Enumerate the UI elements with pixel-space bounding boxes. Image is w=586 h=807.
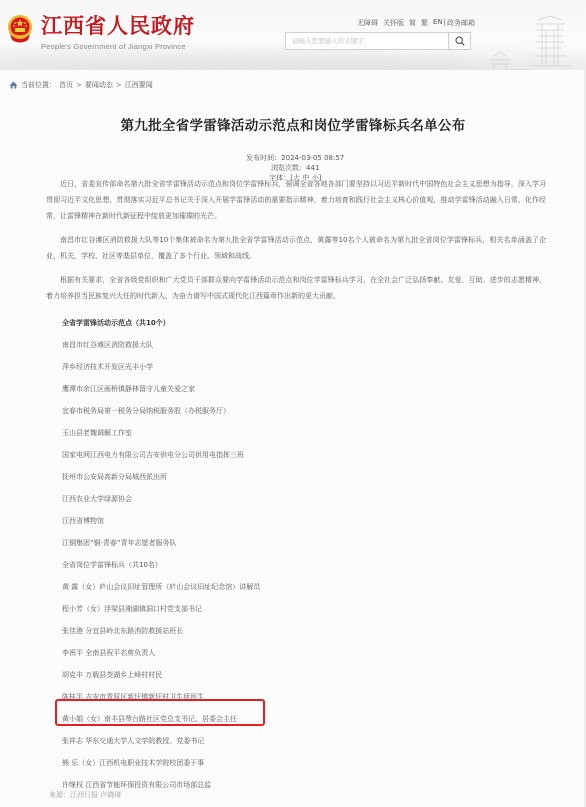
list-item: 张佳港 分宜县岭北东路消防救援站班长 — [46, 620, 546, 642]
publish-time: 发布时间：2024-03-05 08:57 — [246, 154, 344, 162]
list-item: 萍乡经济技术开发区光丰小学 — [46, 356, 546, 378]
simplified-chinese-link[interactable]: 简 — [409, 18, 416, 28]
breadcrumb-jiangxi-news[interactable]: 江西要闻 — [125, 80, 153, 90]
national-emblem-icon[interactable] — [6, 14, 34, 44]
list-item: 李祝平 全南县祝平名剪负责人 — [46, 642, 546, 664]
breadcrumb-separator: > — [116, 81, 122, 89]
list-item: 宜春市税务局第一税务分局纳税服务股（办税服务厅） — [46, 400, 546, 422]
list-item: 江西农业大学绿源协会 — [46, 488, 546, 510]
accessibility-link[interactable]: 无障碍 — [357, 18, 378, 28]
breadcrumb-home[interactable]: 首页 — [59, 80, 73, 90]
list-item: 鹰潭市余江区画桥镇静林留守儿童关爱之家 — [46, 378, 546, 400]
article-paragraph: 根据有关要求，全省各级党组织和广大党员干部群众要向学雷锋活动示范点和岗位学雷锋标… — [46, 272, 546, 304]
article-paragraph: 南昌市红谷滩区消防救援大队等10个集体被命名为第九批全省学雷锋活动示范点，黄露等… — [46, 232, 546, 264]
traditional-chinese-link[interactable]: 繁 — [421, 18, 428, 28]
site-search — [285, 32, 471, 50]
tengwang-pavilion-illustration — [480, 8, 586, 70]
list-item: 黄小娟（女）南丰县琴台路社区党总支书记、居委会主任 — [46, 708, 546, 730]
search-icon — [455, 36, 465, 46]
list-item: 江西省博物馆 — [46, 510, 546, 532]
english-link[interactable]: EN — [433, 18, 443, 28]
list-item: 玉山县老魏调解工作室 — [46, 422, 546, 444]
breadcrumb-prefix: 当前位置： — [21, 80, 56, 90]
list-item: 黄 露（女）庐山会议旧址管理所（庐山会议旧址纪念馆）讲解员 — [46, 576, 546, 598]
article-body: 近日，省委宣传部命名第九批全省学雷锋活动示范点和岗位学雷锋标兵，强调全省各地各部… — [46, 176, 546, 796]
view-count: 浏览次数：441 — [271, 164, 319, 172]
search-input[interactable] — [286, 33, 448, 49]
list-item: 国家电网江西电力有限公司吉安供电分公司供用电指挥三班 — [46, 444, 546, 466]
search-button[interactable] — [448, 33, 470, 49]
site-header: 江西省人民政府 People's Government of Jiangxi P… — [0, 0, 586, 70]
list-item: 胡克丰 万载县茭湖乡上峰村村民 — [46, 664, 546, 686]
list-item: 程小芳（女）浮梁县湘湖镇洞口村党支部书记 — [46, 598, 546, 620]
list-item: 南昌市红谷滩区消防救援大队 — [46, 334, 546, 356]
highlighted-list-item: 张祥志 华东交通大学人文学院教授、党委书记 — [46, 730, 546, 752]
article-paragraph: 近日，省委宣传部命名第九批全省学雷锋活动示范点和岗位学雷锋标兵，强调全省各地各部… — [46, 176, 546, 224]
breadcrumb-news[interactable]: 要闻动态 — [85, 80, 113, 90]
list-item: 江铜集团“铜·青春”青年志愿者服务队 — [46, 532, 546, 554]
list-item: 陈桂平 吉安市青原区新圩镇新圩村卫生所医生 — [46, 686, 546, 708]
top-links: 无障碍 关怀版 简 繁 EN | 政务邮箱 — [357, 18, 475, 28]
model-individuals-heading: 全省岗位学雷锋标兵（共10名） — [46, 554, 546, 576]
demo-sites-heading: 全省学雷锋活动示范点（共10个） — [46, 312, 546, 334]
breadcrumb: 当前位置： 首页 > 要闻动态 > 江西要闻 — [9, 80, 153, 90]
article-title: 第九批全省学雷锋活动示范点和岗位学雷锋标兵名单公布 — [0, 114, 586, 134]
breadcrumb-separator: > — [76, 81, 82, 89]
site-logo-title[interactable]: 江西省人民政府 — [41, 14, 195, 38]
elderly-mode-link[interactable]: 关怀版 — [383, 18, 404, 28]
gov-email-link[interactable]: 政务邮箱 — [447, 18, 475, 28]
list-item: 熊 乐（女）江西机电职业技术学院校团委干事 — [46, 752, 546, 774]
link-divider: | — [444, 18, 446, 28]
home-icon — [9, 81, 18, 89]
list-item: 抚州市公安局高新分局城西派出所 — [46, 466, 546, 488]
article-source: 来源：江西日报 卢晓琦 — [49, 790, 121, 800]
site-logo-subtitle: People's Government of Jiangxi Province — [41, 42, 186, 51]
